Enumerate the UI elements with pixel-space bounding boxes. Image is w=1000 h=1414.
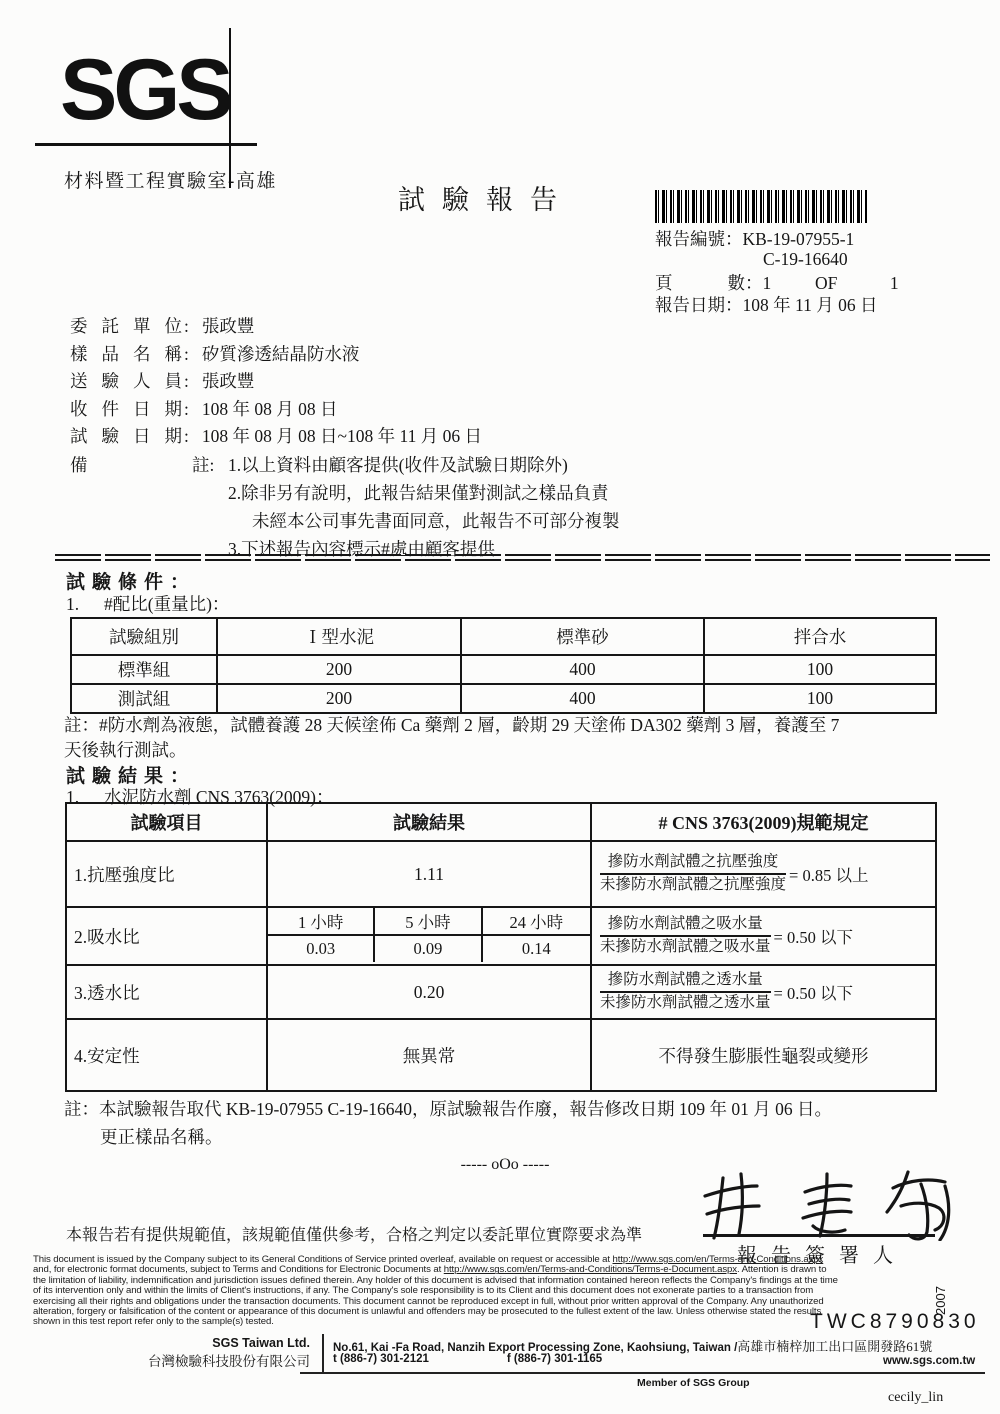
barcode <box>655 190 867 223</box>
document-code: TWC8790830 <box>810 1310 980 1334</box>
column-header: 標準砂 <box>461 618 704 655</box>
spec-fraction: 摻防水劑試體之吸水量 未摻防水劑試體之吸水量 <box>600 914 771 958</box>
fraction-numerator: 摻防水劑試體之透水量 <box>600 970 771 991</box>
footer-phone-line: t (886-7) 301-2121f (886-7) 301-1165 <box>333 1353 602 1365</box>
spec-cell: 摻防水劑試體之吸水量 未摻防水劑試體之吸水量 = 0.50 以下 <box>591 907 936 965</box>
column-header: Ｉ型水泥 <box>217 618 461 655</box>
remark-label-part1: 備 <box>70 452 88 477</box>
item-number: 1. <box>66 594 104 615</box>
results-note-line1: 註：本試驗報告取代 KB-19-07955 C-19-16640，原試驗報告作廢… <box>64 1096 832 1121</box>
double-dashed-separator <box>55 559 990 561</box>
spec-text: 不得發生膨脹性龜裂或變形 <box>591 1019 936 1091</box>
sub-header: 5 小時 <box>375 908 482 936</box>
footer-website: www.sgs.com.tw <box>883 1355 975 1367</box>
spec-cell: 摻防水劑試體之抗壓強度 未摻防水劑試體之抗壓強度 = 0.85 以上 <box>591 841 936 907</box>
field-label: 委託單位 <box>70 313 182 338</box>
field-client: 委託單位:張政豐 <box>70 313 482 341</box>
field-colon: : <box>184 316 189 336</box>
sub-header: 24 小時 <box>483 908 590 936</box>
field-value: 矽質滲透結晶防水液 <box>202 344 360 364</box>
cell-sand: 400 <box>461 684 704 713</box>
column-header: # CNS 3763(2009)規範規定 <box>591 803 936 841</box>
lab-name: 材料暨工程實驗室-高雄 <box>64 166 277 193</box>
table-header-row: 試驗項目 試驗結果 # CNS 3763(2009)規範規定 <box>66 803 936 841</box>
remark-line: 2.除非另有說明，此報告結果僅對測試之樣品負責 <box>228 480 620 508</box>
logo-crop-mark <box>229 28 231 188</box>
field-label: 樣品名稱 <box>70 341 182 366</box>
table-row-absorption-ratio: 2.吸水比 1 小時 5 小時 24 小時 0.03 0.09 0.14 摻防水… <box>66 907 936 965</box>
table-row-stability: 4.安定性 無異常 不得發生膨脹性龜裂或變形 <box>66 1019 936 1091</box>
spec-fraction: 摻防水劑試體之透水量 未摻防水劑試體之透水量 <box>600 970 771 1014</box>
footer-rule <box>300 1372 985 1374</box>
field-received-date: 收件日期:108 年 08 月 08 日 <box>70 396 482 424</box>
fraction-denominator: 未摻防水劑試體之抗壓強度 <box>600 873 786 896</box>
remark-lines: 1.以上資料由顧客提供(收件及試驗日期除外) 2.除非另有說明，此報告結果僅對測… <box>228 452 620 564</box>
spec-fraction: 摻防水劑試體之抗壓強度 未摻防水劑試體之抗壓強度 <box>600 852 786 896</box>
cell-cement: 200 <box>217 684 461 713</box>
ooo-separator: ----- oOo ----- <box>380 1156 630 1174</box>
sub-value: 0.03 <box>268 936 375 962</box>
report-number-value: KB-19-07955-1 <box>743 229 855 249</box>
report-number-line: 報告編號：KB-19-07955-1 <box>655 226 854 251</box>
document-title: 試驗報告 <box>398 178 574 217</box>
report-date-value: 108 年 11 月 06 日 <box>743 295 878 315</box>
report-number-line2: C-19-16640 <box>763 249 848 270</box>
table-row: 測試組 200 400 100 <box>71 684 936 713</box>
cell-water: 100 <box>704 684 936 713</box>
test-result: 1.11 <box>267 841 591 907</box>
column-header: 拌合水 <box>704 618 936 655</box>
item-title: #配比(重量比)： <box>104 594 229 614</box>
test-item: 1.抗壓強度比 <box>66 841 267 907</box>
remark-line: 未經本公司事先書面同意，此報告不可部分複製 <box>228 508 620 536</box>
sgs-logo: SGS <box>60 50 230 132</box>
footer-company-en: SGS Taiwan Ltd. <box>60 1336 310 1350</box>
conditions-heading: 試驗條件： <box>66 567 196 594</box>
sub-value: 0.14 <box>483 936 590 962</box>
test-report-page: SGS 材料暨工程實驗室-高雄 試驗報告 報告編號：KB-19-07955-1 … <box>0 0 1000 1414</box>
report-number-label: 報告編號： <box>655 229 743 249</box>
field-label: 試驗日期 <box>70 423 182 448</box>
test-result: 無異常 <box>267 1019 591 1091</box>
field-value: 108 年 08 月 08 日~108 年 11 月 06 日 <box>202 426 482 446</box>
fraction-denominator: 未摻防水劑試體之吸水量 <box>600 935 771 958</box>
remark-label-part2: 註: <box>192 452 214 477</box>
cell-group: 標準組 <box>71 655 217 684</box>
conditions-note-line2: 天後執行測試。 <box>64 737 187 762</box>
spec-cell: 摻防水劑試體之透水量 未摻防水劑試體之透水量 = 0.50 以下 <box>591 965 936 1019</box>
column-header: 試驗組別 <box>71 618 217 655</box>
table-row: 標準組 200 400 100 <box>71 655 936 684</box>
table-row-compressive-ratio: 1.抗壓強度比 1.11 摻防水劑試體之抗壓強度 未摻防水劑試體之抗壓強度 = … <box>66 841 936 907</box>
sample-info-block: 委託單位:張政豐 樣品名稱:矽質滲透結晶防水液 送驗人員:張政豐 收件日期:10… <box>70 313 482 451</box>
fraction-denominator: 未摻防水劑試體之透水量 <box>600 991 771 1014</box>
remark-line: 1.以上資料由顧客提供(收件及試驗日期除外) <box>228 452 620 480</box>
cell-sand: 400 <box>461 655 704 684</box>
spec-limit: = 0.85 以上 <box>789 862 868 886</box>
table-header-row: 試驗組別 Ｉ型水泥 標準砂 拌合水 <box>71 618 936 655</box>
page-count-value: 1 OF 1 <box>763 273 899 293</box>
cell-cement: 200 <box>217 655 461 684</box>
test-result-subtable: 1 小時 5 小時 24 小時 0.03 0.09 0.14 <box>267 907 591 965</box>
logo-underline <box>35 143 257 146</box>
signature <box>693 1166 958 1241</box>
double-dashed-separator <box>55 554 990 556</box>
footer-fax: f (886-7) 301-1165 <box>507 1353 602 1365</box>
field-value: 108 年 08 月 08 日 <box>202 399 338 419</box>
field-value: 張政豐 <box>202 316 255 336</box>
conditions-item-title: 1.#配比(重量比)： <box>66 591 229 616</box>
field-label: 送驗人員 <box>70 368 182 393</box>
column-header: 試驗結果 <box>267 803 591 841</box>
cell-water: 100 <box>704 655 936 684</box>
field-value: 張政豐 <box>202 371 255 391</box>
footer-divider <box>322 1334 324 1372</box>
field-colon: : <box>184 344 189 364</box>
footer-address-zh: 高雄市楠梓加工出口區開發路61號 <box>737 1339 932 1354</box>
page-count-colon: ： <box>745 273 763 293</box>
test-item: 4.安定性 <box>66 1019 267 1091</box>
mix-proportion-table: 試驗組別 Ｉ型水泥 標準砂 拌合水 標準組 200 400 100 測試組 20… <box>70 617 937 714</box>
field-colon: : <box>184 399 189 419</box>
column-header: 試驗項目 <box>66 803 267 841</box>
footer-tel: t (886-7) 301-2121 <box>333 1353 429 1365</box>
spec-limit: = 0.50 以下 <box>774 924 853 948</box>
field-sample-name: 樣品名稱:矽質滲透結晶防水液 <box>70 341 482 369</box>
report-date-line: 報告日期：108 年 11 月 06 日 <box>655 292 877 317</box>
test-item: 2.吸水比 <box>66 907 267 965</box>
signature-line <box>703 1234 935 1237</box>
side-code-rotated: 2007 <box>933 1286 948 1315</box>
test-result: 0.20 <box>267 965 591 1019</box>
field-submitter: 送驗人員:張政豐 <box>70 368 482 396</box>
field-colon: : <box>184 371 189 391</box>
report-date-label: 報告日期： <box>655 295 743 315</box>
results-note-line2: 更正樣品名稱。 <box>100 1124 223 1149</box>
test-item: 3.透水比 <box>66 965 267 1019</box>
spec-limit: = 0.50 以下 <box>774 980 853 1004</box>
footer-company-zh: 台灣檢驗科技股份有限公司 <box>60 1350 310 1370</box>
field-label: 收件日期 <box>70 396 182 421</box>
results-table: 試驗項目 試驗結果 # CNS 3763(2009)規範規定 1.抗壓強度比 1… <box>65 802 937 1092</box>
sub-header: 1 小時 <box>268 908 375 936</box>
footer-member-label: Member of SGS Group <box>637 1377 750 1389</box>
fraction-numerator: 摻防水劑試體之吸水量 <box>600 914 771 935</box>
sub-value: 0.09 <box>375 936 482 962</box>
user-tag: cecily_lin <box>888 1390 943 1406</box>
spec-reference-note: 本報告若有提供規範值，該規範值僅供參考，合格之判定以委託單位實際要求為準 <box>66 1222 642 1245</box>
field-test-date: 試驗日期:108 年 08 月 08 日~108 年 11 月 06 日 <box>70 423 482 451</box>
cell-group: 測試組 <box>71 684 217 713</box>
conditions-note-line1: 註：#防水劑為液態，試體養護 28 天候塗佈 Ca 藥劑 2 層，齡期 29 天… <box>64 712 839 737</box>
fraction-numerator: 摻防水劑試體之抗壓強度 <box>600 852 786 873</box>
table-row-permeability-ratio: 3.透水比 0.20 摻防水劑試體之透水量 未摻防水劑試體之透水量 = 0.50… <box>66 965 936 1019</box>
field-colon: : <box>184 426 189 446</box>
